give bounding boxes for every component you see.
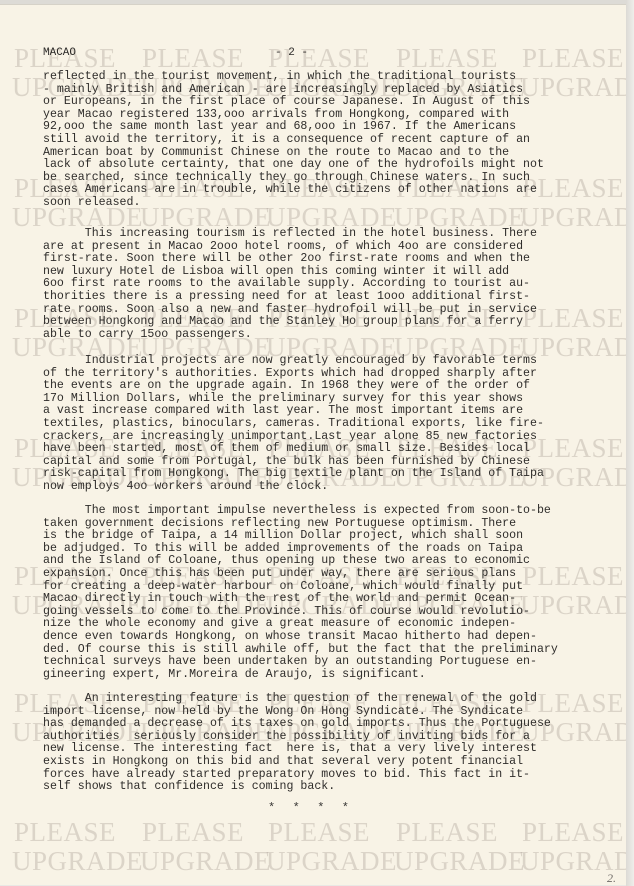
page-number: - 2 - <box>275 47 308 59</box>
paragraph-industry: Industrial projects are now greatly enco… <box>43 355 544 494</box>
document-header-title: MACAO <box>43 47 76 59</box>
document-page: PLEASEUPGRADEPLEASEUPGRADEPLEASEUPGRADEP… <box>0 4 626 885</box>
paragraph-government: The most important impulse nevertheless … <box>43 505 558 681</box>
document-content: MACAO - 2 - reflected in the tourist mov… <box>0 5 626 885</box>
paragraph-gold: An interesting feature is the question o… <box>43 693 551 794</box>
paragraph-tourism: reflected in the tourist movement, in wh… <box>43 71 544 210</box>
scan-right-border <box>626 0 634 886</box>
section-separator: * * * * <box>268 801 350 815</box>
paragraph-hotels: This increasing tourism is reflected in … <box>43 228 537 341</box>
handwritten-page-mark: 2. <box>607 871 616 885</box>
